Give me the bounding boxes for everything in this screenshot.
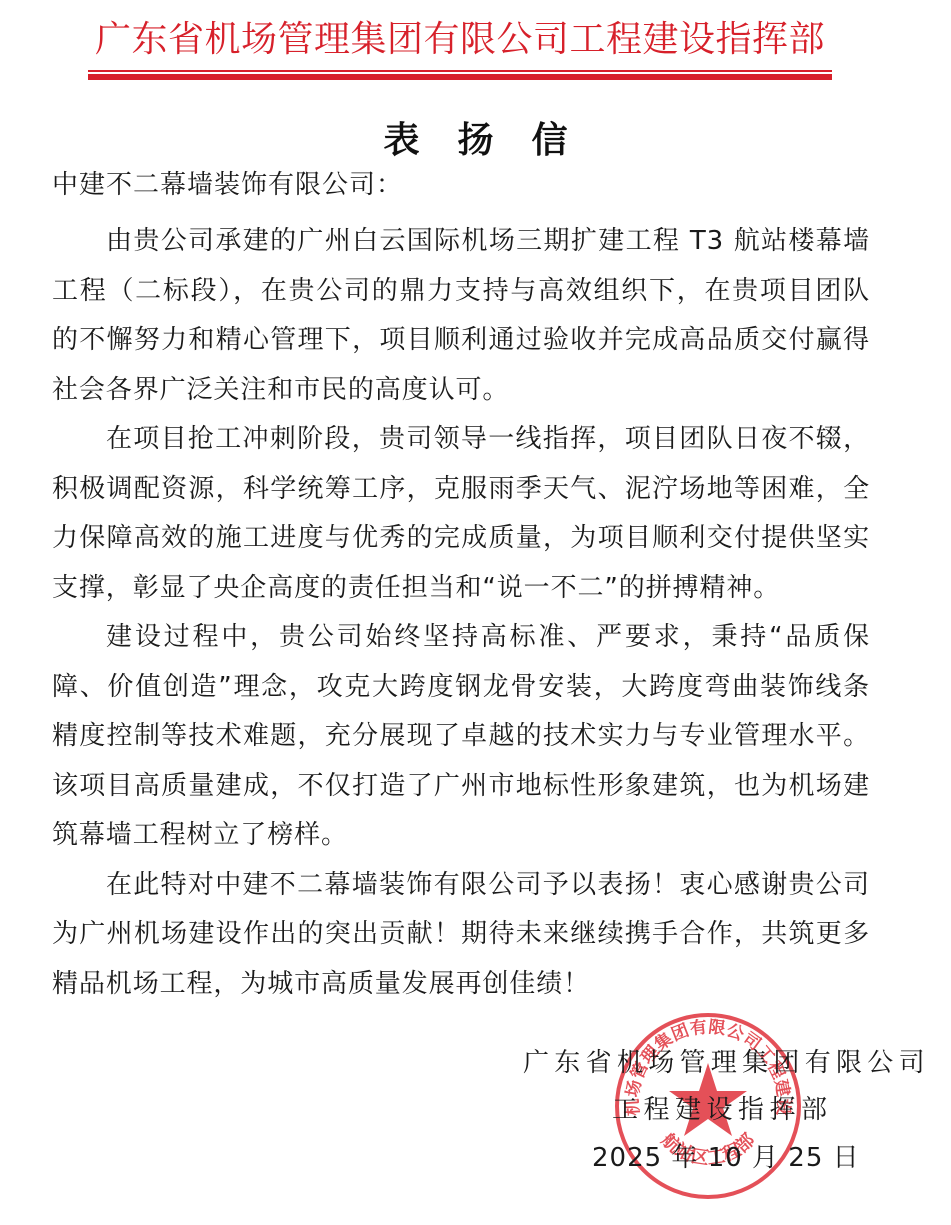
document-title: 表扬信: [0, 116, 951, 164]
salutation: 中建不二幕墙装饰有限公司：: [52, 161, 870, 211]
letterhead-organization: 广东省机场管理集团有限公司工程建设指挥部: [88, 16, 832, 64]
signature-department: 工程建设指挥部: [612, 1093, 833, 1127]
letter-body: 由贵公司承建的广州白云国际机场三期扩建工程 T3 航站楼幕墙工程（二标段），在贵…: [52, 217, 870, 1009]
letterhead-rule-thin: [88, 70, 832, 72]
signature-organization: 广东省机场管理集团有限公司: [523, 1046, 930, 1080]
paragraph: 由贵公司承建的广州白云国际机场三期扩建工程 T3 航站楼幕墙工程（二标段），在贵…: [52, 217, 870, 415]
paragraph: 在项目抢工冲刺阶段，贵司领导一线指挥，项目团队日夜不辍，积极调配资源，科学统筹工…: [52, 415, 870, 613]
paragraph: 在此特对中建不二幕墙装饰有限公司予以表扬！衷心感谢贵公司为广州机场建设作出的突出…: [52, 861, 870, 1010]
paragraph: 建设过程中，贵公司始终坚持高标准、严要求，秉持“品质保障、价值创造”理念，攻克大…: [52, 613, 870, 861]
letterhead-rule-thick: [88, 74, 832, 80]
signature-date: 2025 年 10 月 25 日: [592, 1141, 860, 1175]
